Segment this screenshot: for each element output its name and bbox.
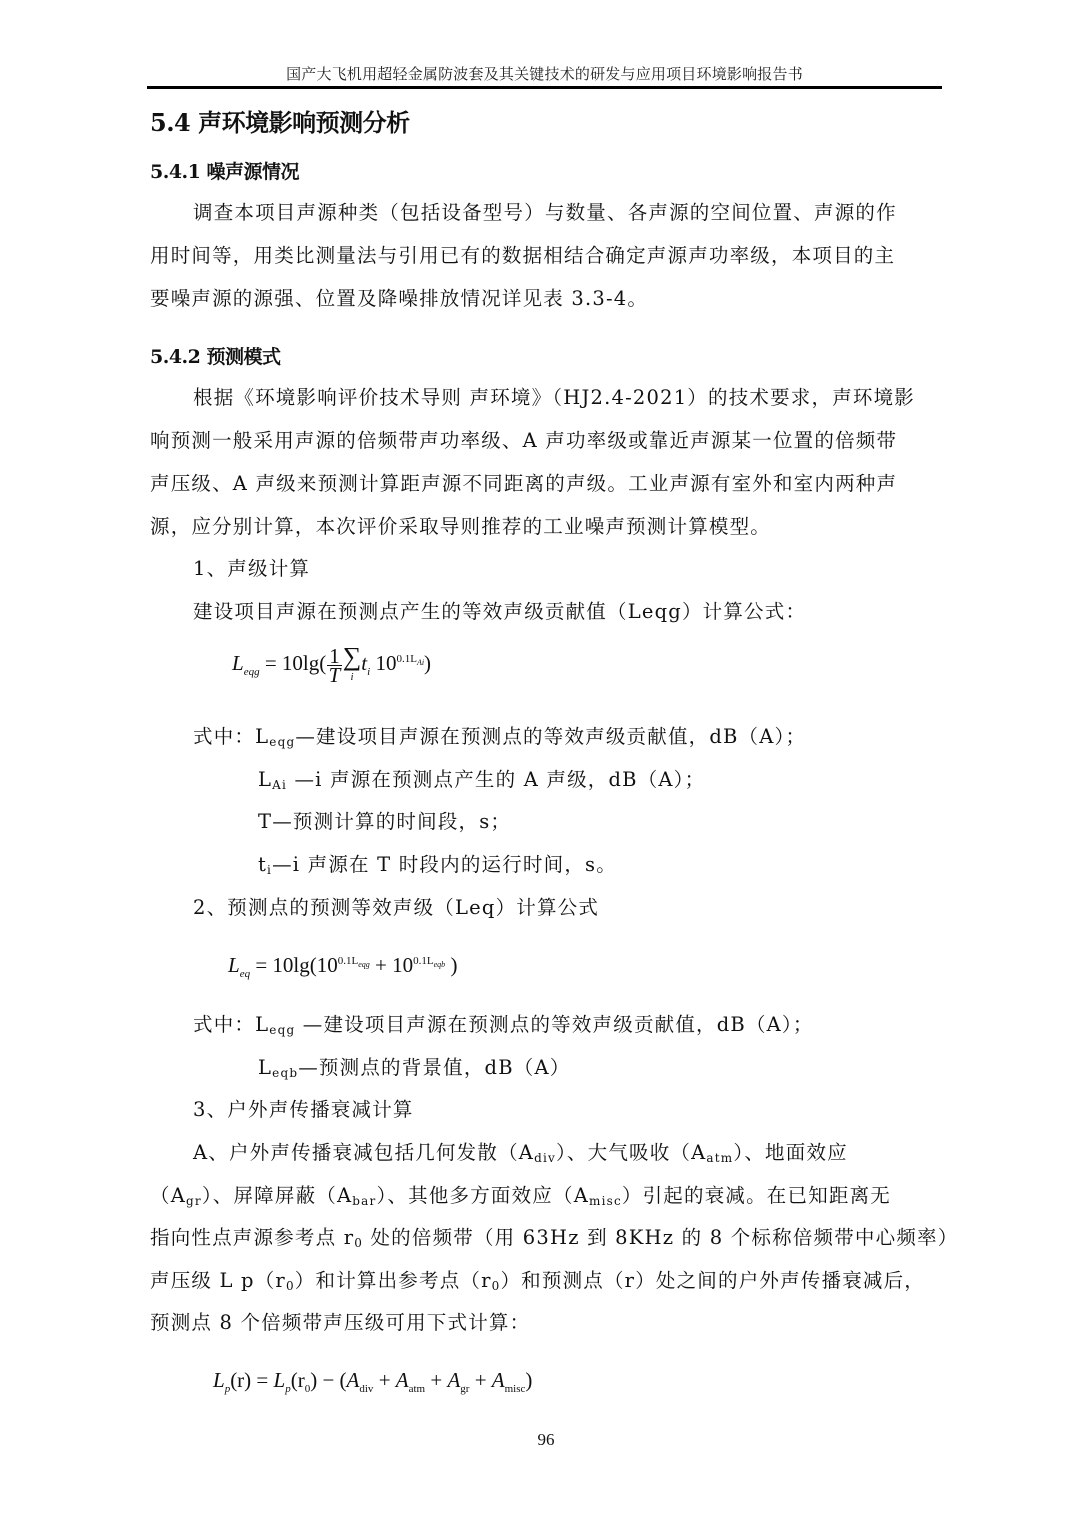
fraction: 1T	[327, 647, 342, 684]
paragraph-line: 调查本项目声源种类（包括设备型号）与数量、各声源的空间位置、声源的作	[193, 200, 897, 226]
paragraph-line: 声压级、A 声级来预测计算距声源不同距离的声级。工业声源有室外和室内两种声	[150, 471, 897, 497]
paragraph-line: 指向性点声源参考点 r0 处的倍频带（用 63Hz 到 8KHz 的 8 个标称…	[150, 1225, 958, 1256]
formula-leqg: Leqg = 10lg(1T∑iti 100.1LAi)	[232, 645, 431, 685]
header-rule	[147, 86, 942, 89]
subsection-title-5-4-1: 5.4.1 噪声源情况	[150, 159, 299, 185]
definition-line: Leqb—预测点的背景值，dB（A）	[258, 1055, 570, 1086]
paragraph-line: 源，应分别计算，本次评价采取导则推荐的工业噪声预测计算模型。	[150, 514, 771, 540]
definition-line: T—预测计算的时间段，s；	[258, 809, 511, 835]
subsection-title-5-4-2: 5.4.2 预测模式	[150, 344, 281, 370]
paragraph-line: 要噪声源的源强、位置及降噪排放情况详见表 3.3-4。	[150, 286, 648, 312]
item-1-title: 1、声级计算	[193, 556, 310, 582]
formula-lp: Lp(r) = Lp(r0) − (Adiv + Aatm + Agr + Am…	[213, 1368, 532, 1395]
item-1-intro: 建设项目声源在预测点产生的等效声级贡献值（Leqg）计算公式：	[193, 599, 806, 625]
definition-line: ti—i 声源在 T 时段内的运行时间，s。	[258, 852, 617, 883]
document-page: 国产大飞机用超轻金属防波套及其关键技术的研发与应用项目环境影响报告书 5.4 声…	[0, 0, 1092, 1532]
paragraph-line: 声压级 L p（r0）和计算出参考点（r0）和预测点（r）处之间的户外声传播衰减…	[150, 1268, 925, 1299]
item-3-title: 3、户外声传播衰减计算	[193, 1097, 414, 1123]
item-2-title: 2、预测点的预测等效声级（Leq）计算公式	[193, 895, 599, 921]
definition-line: 式中：Leqg—建设项目声源在预测点的等效声级贡献值，dB（A）；	[193, 724, 806, 755]
section-title: 5.4 声环境影响预测分析	[150, 110, 410, 136]
running-header: 国产大飞机用超轻金属防波套及其关键技术的研发与应用项目环境影响报告书	[147, 63, 942, 84]
paragraph-line: 预测点 8 个倍频带声压级可用下式计算：	[150, 1310, 530, 1336]
summation-symbol: ∑i	[343, 645, 362, 685]
paragraph-line: 根据《环境影响评价技术导则 声环境》（HJ2.4-2021）的技术要求，声环境影	[193, 385, 915, 411]
paragraph-line: 用时间等，用类比测量法与引用已有的数据相结合确定声源声功率级，本项目的主	[150, 243, 895, 269]
page-number: 96	[0, 1430, 1092, 1450]
paragraph-line: 响预测一般采用声源的倍频带声功率级、A 声功率级或靠近声源某一位置的倍频带	[150, 428, 897, 454]
definition-line: LAi —i 声源在预测点产生的 A 声级，dB（A）；	[258, 767, 705, 798]
formula-leq: Leq = 10lg(100.1Leqg + 100.1Leqb )	[228, 953, 457, 980]
definition-line: 式中：Leqg —建设项目声源在预测点的等效声级贡献值，dB（A）；	[193, 1012, 814, 1043]
paragraph-line: （Agr）、屏障屏蔽（Abar）、其他多方面效应（Amisc）引起的衰减。在已知…	[150, 1183, 891, 1214]
paragraph-line: A、户外声传播衰减包括几何发散（Adiv）、大气吸收（Aatm）、地面效应	[193, 1140, 848, 1171]
